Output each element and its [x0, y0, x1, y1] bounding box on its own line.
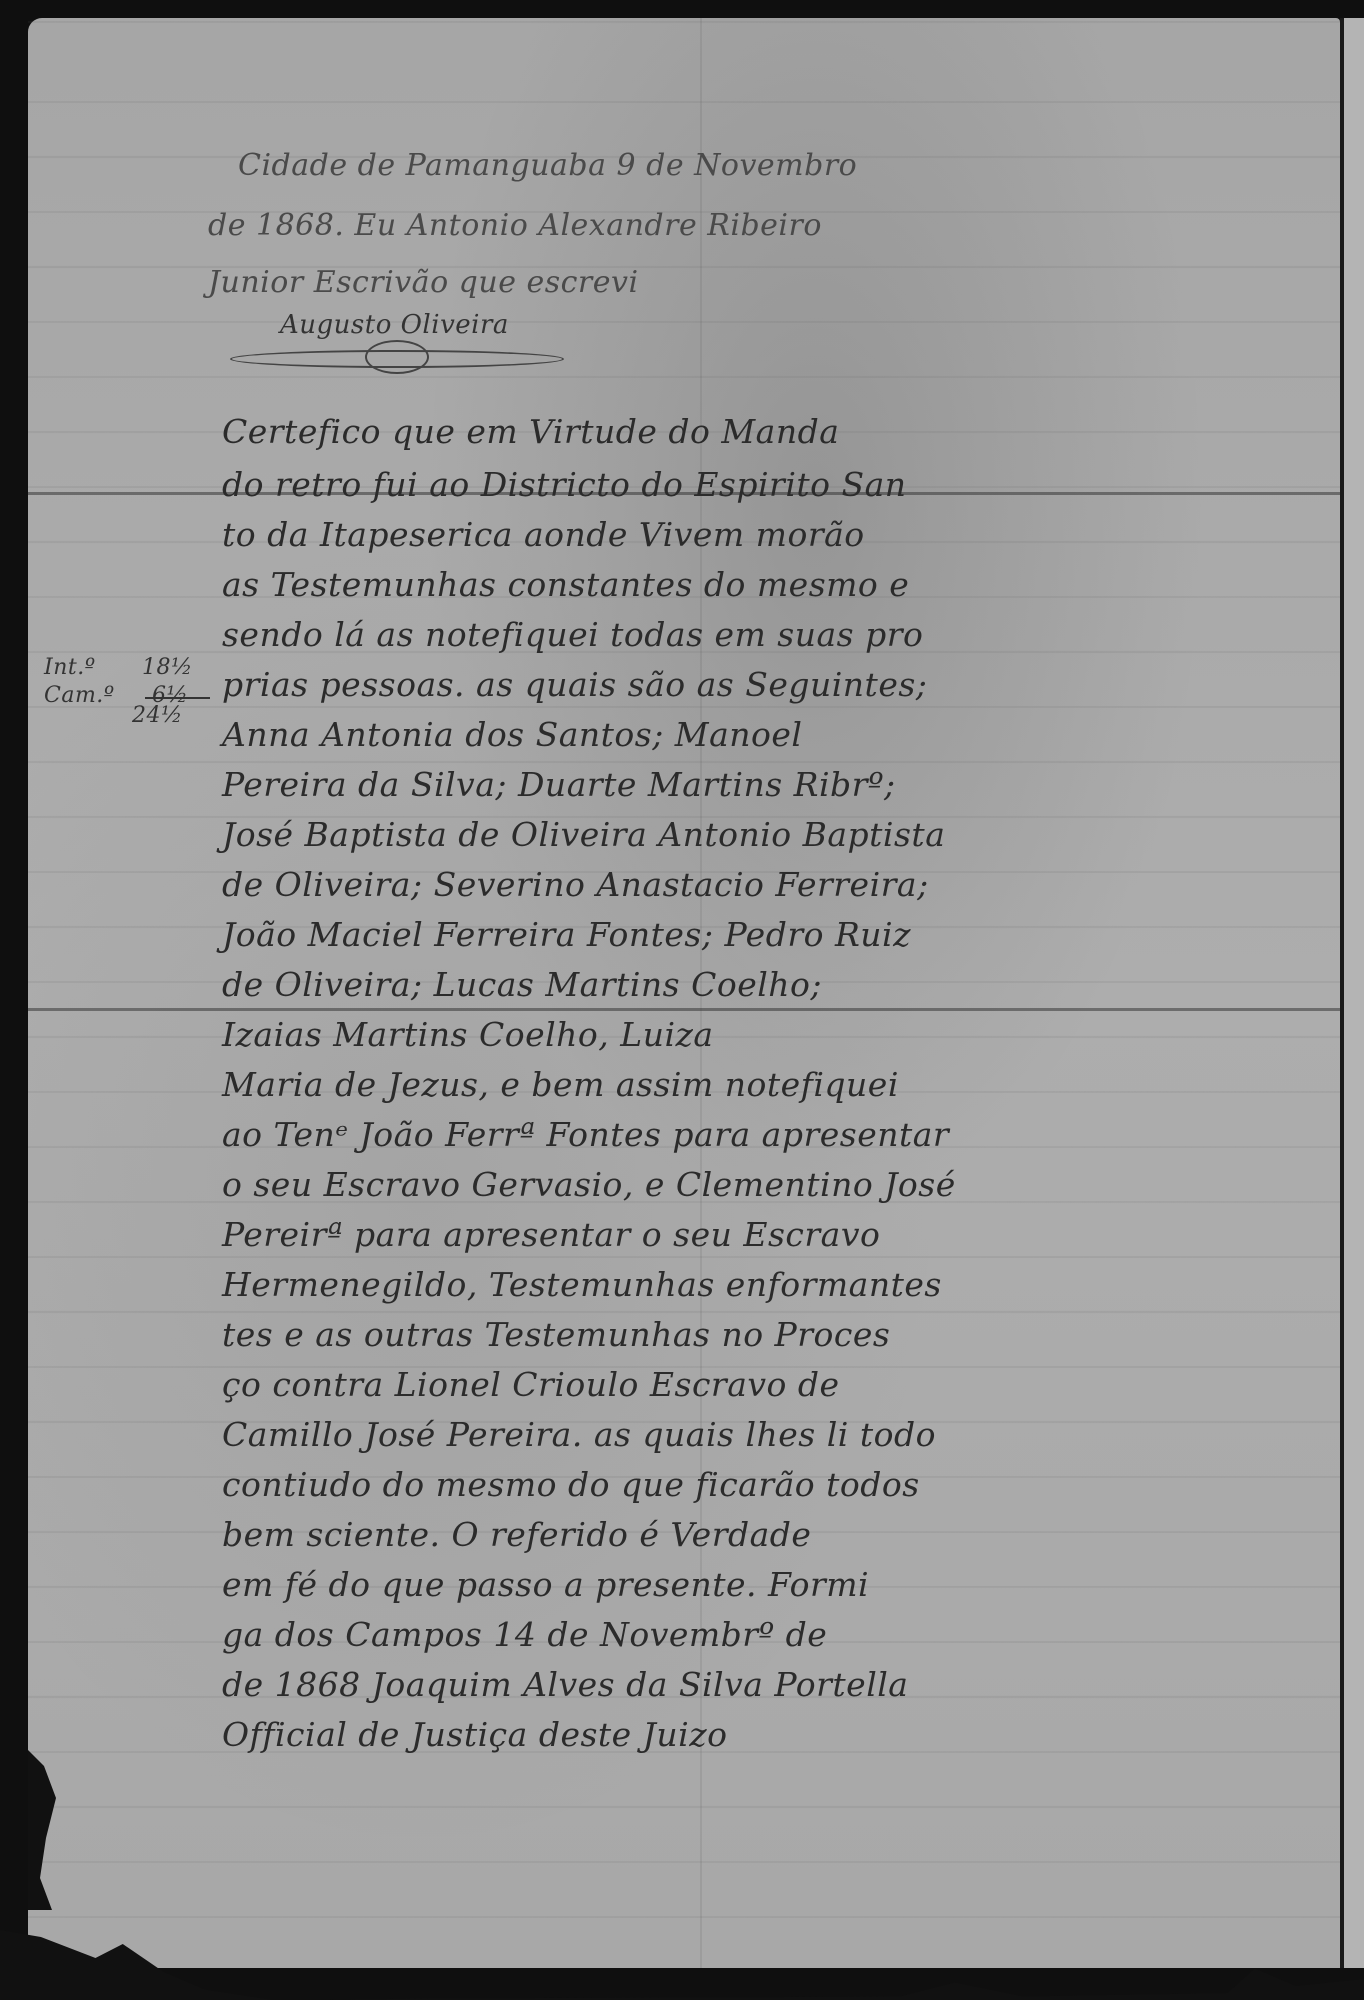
body-line: Official de Justiça deste Juizo	[222, 1715, 727, 1754]
body-line: Hermenegildo, Testemunhas enformantes	[222, 1265, 942, 1304]
body-line: Pereirª para apresentar o seu Escravo	[222, 1215, 880, 1254]
body-line: prias pessoas. as quais são as Seguintes…	[222, 665, 927, 704]
body-line: bem sciente. O referido é Verdade	[222, 1515, 811, 1554]
body-line: em fé do que passo a presente. Formi	[222, 1565, 869, 1604]
body-line: de 1868 Joaquim Alves da Silva Portella	[222, 1665, 908, 1704]
header-signature: Augusto Oliveira	[280, 310, 509, 340]
body-line: ao Tenᵉ João Ferrª Fontes para apresenta…	[222, 1115, 949, 1154]
body-line: João Maciel Ferreira Fontes; Pedro Ruiz	[222, 915, 911, 954]
fold-line-lower	[28, 1008, 1340, 1011]
body-line: o seu Escravo Gervasio, e Clementino Jos…	[222, 1165, 956, 1204]
margin-note-row2-label: Cam.º	[44, 683, 115, 708]
body-line: contiudo do mesmo do que ficarão todos	[222, 1465, 920, 1504]
body-line: Pereira da Silva; Duarte Martins Ribrº;	[222, 765, 896, 804]
margin-sum-rule	[145, 697, 210, 699]
body-line: ga dos Campos 14 de Novembrº de	[222, 1615, 827, 1654]
body-line: Maria de Jezus, e bem assim notefiquei	[222, 1065, 899, 1104]
body-line: do retro fui ao Districto do Espirito Sa…	[222, 465, 907, 504]
adjacent-page-edge	[1340, 18, 1364, 1968]
body-line: as Testemunhas constantes do mesmo e	[222, 565, 909, 604]
body-line: de Oliveira; Lucas Martins Coelho;	[222, 965, 822, 1004]
body-line: Anna Antonia dos Santos; Manoel	[222, 715, 802, 754]
header-line-3: Junior Escrivão que escrevi	[208, 265, 639, 300]
body-line: sendo lá as notefiquei todas em suas pro	[222, 615, 923, 654]
body-line: Certefico que em Virtude do Manda	[222, 412, 839, 451]
body-line: José Baptista de Oliveira Antonio Baptis…	[222, 815, 945, 854]
body-line: to da Itapeserica aonde Vivem morão	[222, 515, 865, 554]
body-line: tes e as outras Testemunhas no Proces	[222, 1315, 890, 1354]
margin-note-row1-value: 18½	[142, 655, 193, 680]
body-line: de Oliveira; Severino Anastacio Ferreira…	[222, 865, 929, 904]
margin-note-row1-label: Int.º	[44, 655, 96, 680]
margin-note-total: 24½	[132, 703, 183, 728]
signature-loop	[365, 340, 429, 374]
body-line: Izaias Martins Coelho, Luiza	[222, 1015, 714, 1054]
header-line-2: de 1868. Eu Antonio Alexandre Ribeiro	[208, 208, 822, 243]
body-line: ço contra Lionel Crioulo Escravo de	[222, 1365, 840, 1404]
header-line-1: Cidade de Pamanguaba 9 de Novembro	[238, 148, 857, 183]
body-line: Camillo José Pereira. as quais lhes li t…	[222, 1415, 936, 1454]
